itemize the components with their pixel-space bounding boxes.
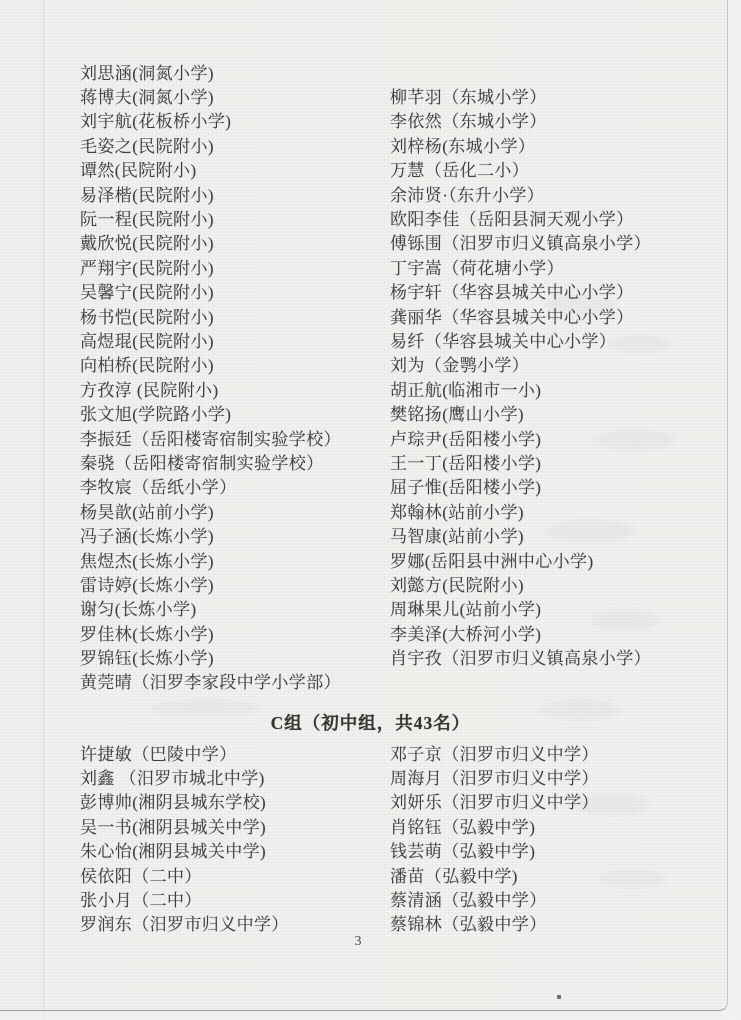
participant-entry-right: 郑翰林(站前小学) [390,498,725,523]
participant-row: 吴一书(湘阴县城关中学) 肖铭钰（弘毅中学) [80,813,725,837]
participant-entry-right: 傅铄围（汨罗市归义镇高泉小学） [390,229,725,254]
participant-entry-left: 阮一程(民院附小) [80,205,390,230]
participant-row: 刘思涵(洞氮小学) [80,59,725,83]
participant-entry-left: 李振廷（岳阳楼寄宿制实验学校） [80,425,390,450]
scanner-margin-right [728,0,741,1020]
participant-entry-left: 许捷敏（巴陵中学） [80,740,390,765]
participant-row: 黄莞晴（汨罗李家段中学小学部） [80,669,725,693]
participant-row: 许捷敏（巴陵中学） 邓子京（汨罗市归义中学） [80,740,725,764]
participant-entry-right: 肖铭钰（弘毅中学) [390,813,725,838]
participant-entry-left: 向柏桥(民院附小) [80,351,390,376]
participant-entry-right: 刘妍乐（汨罗市归义中学） [390,788,725,813]
participant-entry-right: 马智康(站前小学) [390,522,725,547]
participant-row: 谢匀(长炼小学) 周琳果儿(站前小学) [80,596,725,620]
participant-entry-right: 钱芸萌（弘毅中学) [390,837,725,862]
participant-row: 侯依阳（二中） 潘苗（弘毅中学) [80,862,725,886]
participant-row: 张小月（二中） 蔡清涵（弘毅中学） [80,886,725,910]
participant-row: 高煜琨(民院附小) 易纤（华容县城关中心小学） [80,327,725,351]
participant-entry-right: 易纤（华容县城关中心小学） [390,327,725,352]
participant-entry-left: 李牧宸（岳纸小学） [80,473,390,498]
participant-row: 刘宇航(花板桥小学) 李依然（东城小学） [80,108,725,132]
participant-row: 蒋博夫(洞氮小学) 柳芊羽（东城小学） [80,83,725,107]
participant-row: 杨昊歆(站前小学) 郑翰林(站前小学) [80,498,725,522]
participant-entry-right: 李依然（东城小学） [390,107,725,132]
participant-entry-right: 樊铭扬(鹰山小学) [390,400,725,425]
participant-entry-right: 余沛贤·（东升小学） [390,181,725,206]
participant-entry-left: 罗锦钰(长炼小学) [80,644,390,669]
participant-entry-left: 焦煜杰(长炼小学) [80,547,390,572]
participant-entry-left: 罗润东（汨罗市归义中学） [80,910,390,935]
participant-row: 戴欣悦(民院附小) 傅铄围（汨罗市归义镇高泉小学） [80,230,725,254]
ink-speck-artifact [557,995,561,999]
participant-row: 刘鑫 （汨罗市城北中学) 周海月（汨罗市归义中学） [80,764,725,788]
participant-entry-left: 刘鑫 （汨罗市城北中学) [80,764,390,789]
participant-entry-left: 易泽楷(民院附小) [80,181,390,206]
participant-row: 罗佳林(长炼小学) 李美泽(大桥河小学) [80,620,725,644]
participant-row: 朱心怡(湘阴县城关中学) 钱芸萌（弘毅中学) [80,838,725,862]
participant-row: 焦煜杰(长炼小学) 罗娜(岳阳县中洲中心小学) [80,547,725,571]
participant-entry-left: 张文旭(学院路小学) [80,400,390,425]
participant-row: 易泽楷(民院附小) 余沛贤·（东升小学） [80,181,725,205]
participant-row: 罗锦钰(长炼小学) 肖宇孜（汨罗市归义镇高泉小学） [80,644,725,668]
participant-entry-right: 杨宇轩（华容县城关中心小学） [390,278,725,303]
participant-entry-right: 万慧（岳化二小） [390,156,725,181]
group-c-participant-list: 许捷敏（巴陵中学） 邓子京（汨罗市归义中学） 刘鑫 （汨罗市城北中学) 周海月（… [80,740,725,935]
participant-entry-right: 蔡锦林（弘毅中学） [390,910,725,935]
participant-row: 彭博帅(湘阴县城东学校) 刘妍乐（汨罗市归义中学） [80,789,725,813]
participant-entry-right: 李美泽(大桥河小学) [390,620,725,645]
participant-entry-right: 周琳果儿(站前小学) [390,595,725,620]
participant-entry-right: 潘苗（弘毅中学) [390,862,725,887]
participant-entry-left: 高煜琨(民院附小) [80,327,390,352]
scanned-document-page: 刘思涵(洞氮小学) 蒋博夫(洞氮小学) 柳芊羽（东城小学） 刘宇航(花板桥小学)… [0,0,741,1020]
participant-entry-left: 谭然(民院附小) [80,156,390,181]
participant-entry-left: 杨书恺(民院附小) [80,303,390,328]
participant-row: 李牧宸（岳纸小学） 屈子惟(岳阳楼小学) [80,474,725,498]
participant-entry-right: 蔡清涵（弘毅中学） [390,886,725,911]
participant-row: 李振廷（岳阳楼寄宿制实验学校） 卢琮尹(岳阳楼小学) [80,425,725,449]
participant-entry-right: 柳芊羽（东城小学） [390,83,725,108]
participant-row: 谭然(民院附小) 万慧（岳化二小） [80,157,725,181]
participant-entry-right: 刘懿方(民院附小) [390,571,725,596]
participant-entry-left: 彭博帅(湘阴县城东学校) [80,788,390,813]
page-number: 3 [338,934,378,950]
participant-row: 张文旭(学院路小学) 樊铭扬(鹰山小学) [80,400,725,424]
participant-entry-left: 雷诗婷(长炼小学) [80,571,390,596]
participant-entry-left: 秦骁（岳阳楼寄宿制实验学校） [80,449,390,474]
page-fold-line [43,0,44,1020]
participant-entry-left: 吴馨宁(民院附小) [80,278,390,303]
participant-entry-right: 欧阳李佳（岳阳县洞天观小学） [390,205,725,230]
participant-row: 雷诗婷(长炼小学) 刘懿方(民院附小) [80,571,725,595]
group-b-participant-list: 刘思涵(洞氮小学) 蒋博夫(洞氮小学) 柳芊羽（东城小学） 刘宇航(花板桥小学)… [80,59,725,693]
participant-row: 罗润东（汨罗市归义中学） 蔡锦林（弘毅中学） [80,911,725,935]
participant-row: 毛姿之(民院附小) 刘梓杨(东城小学） [80,132,725,156]
participant-entry-right: 卢琮尹(岳阳楼小学) [390,425,725,450]
participant-entry-left: 谢匀(长炼小学) [80,595,390,620]
participant-row: 方孜淳 (民院附小) 胡正航(临湘市一小) [80,376,725,400]
participant-entry-right: 屈子惟(岳阳楼小学) [390,473,725,498]
participant-row: 杨书恺(民院附小) 龚丽华（华容县城关中心小学） [80,303,725,327]
participant-entry-right: 肖宇孜（汨罗市归义镇高泉小学） [390,644,725,669]
participant-entry-right: 刘为（金鹗小学） [390,351,725,376]
participant-row: 秦骁（岳阳楼寄宿制实验学校） 王一丁(岳阳楼小学) [80,449,725,473]
participant-entry-left: 方孜淳 (民院附小) [80,376,390,401]
participant-entry-left: 朱心怡(湘阴县城关中学) [80,837,390,862]
participant-entry-left: 冯子涵(长炼小学) [80,522,390,547]
scanner-margin-bottom [0,1011,741,1020]
participant-entry-right: 刘梓杨(东城小学） [390,132,725,157]
participant-entry-left: 罗佳林(长炼小学) [80,620,390,645]
participant-entry-left: 杨昊歆(站前小学) [80,498,390,523]
participant-row: 吴馨宁(民院附小) 杨宇轩（华容县城关中心小学） [80,279,725,303]
participant-entry-left: 严翔宇(民院附小) [80,254,390,279]
participant-row: 向柏桥(民院附小) 刘为（金鹗小学） [80,352,725,376]
participant-entry-left: 黄莞晴（汨罗李家段中学小学部） [80,668,390,693]
participant-entry-right: 罗娜(岳阳县中洲中心小学) [390,547,725,572]
participant-entry-left: 毛姿之(民院附小) [80,132,390,157]
participant-entry-left: 张小月（二中） [80,886,390,911]
participant-row: 阮一程(民院附小) 欧阳李佳（岳阳县洞天观小学） [80,205,725,229]
participant-row: 冯子涵(长炼小学) 马智康(站前小学) [80,522,725,546]
group-c-heading: C组（初中组，共43名） [0,710,741,736]
participant-entry-left: 吴一书(湘阴县城关中学) [80,813,390,838]
participant-entry-left: 戴欣悦(民院附小) [80,229,390,254]
participant-entry-right: 邓子京（汨罗市归义中学） [390,740,725,765]
participant-entry-right: 周海月（汨罗市归义中学） [390,764,725,789]
participant-entry-right: 胡正航(临湘市一小) [390,376,725,401]
participant-entry-right: 丁宇嵩（荷花塘小学） [390,254,725,279]
participant-entry-left: 侯依阳（二中） [80,862,390,887]
participant-entry-left: 蒋博夫(洞氮小学) [80,83,390,108]
participant-entry-left: 刘宇航(花板桥小学) [80,107,390,132]
participant-row: 严翔宇(民院附小) 丁宇嵩（荷花塘小学） [80,254,725,278]
participant-entry-left: 刘思涵(洞氮小学) [80,59,390,84]
participant-entry-right: 王一丁(岳阳楼小学) [390,449,725,474]
participant-entry-right: 龚丽华（华容县城关中心小学） [390,303,725,328]
